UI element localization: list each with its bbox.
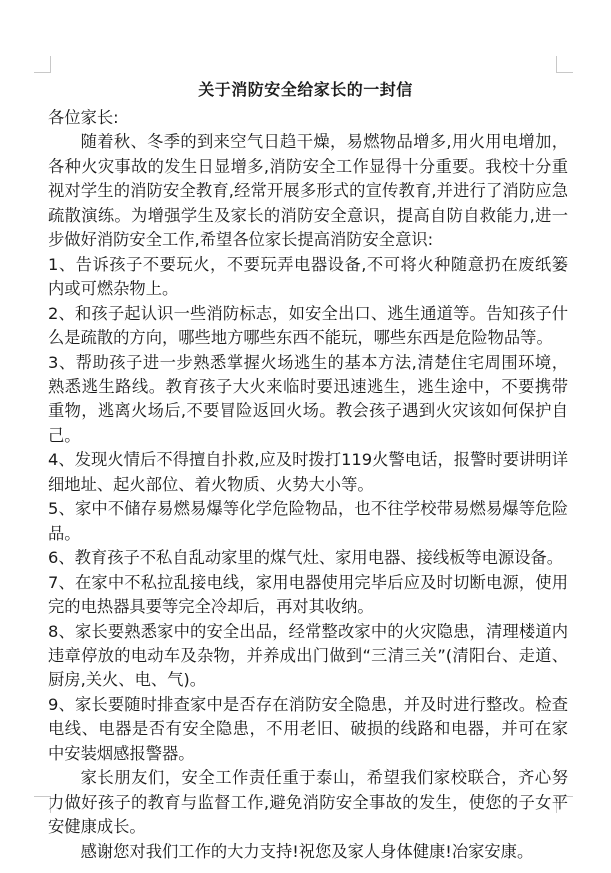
margin-corner-mark-top-left [34, 56, 51, 73]
list-item-9: 9、家长要随时排查家中是否存在消防安全隐患，并及时进行整改。检查电线、电器是否有… [48, 693, 568, 766]
document-title: 关于消防安全给家长的一封信 [0, 77, 611, 100]
intro-paragraph: 随着秋、冬季的到来空气日趋干燥，易燃物品增多,用火用电增加，各种火灾事故的发生日… [48, 130, 568, 252]
list-item-2: 2、和孩子起认识一些消防标志，如安全出口、逃生通道等。告知孩子什么是疏散的方向，… [48, 302, 568, 351]
list-item-5: 5、家中不储存易燃易爆等化学危险物品，也不往学校带易燃易爆等危险品。 [48, 497, 568, 546]
list-item-1: 1、告诉孩子不要玩火，不要玩弄电器设备,不可将火种随意扔在废纸篓内或可燃杂物上。 [48, 253, 568, 302]
list-item-4: 4、发现火情后不得擅自扑救,应及时拨打119火警电话，报警时要讲明详细地址、起火… [48, 448, 568, 497]
list-item-7: 7、在家中不私拉乱接电线，家用电器使用完毕后应及时切断电源，使用完的电热器具要等… [48, 571, 568, 620]
document-body: 各位家长: 随着秋、冬季的到来空气日趋干燥，易燃物品增多,用火用电增加，各种火灾… [48, 106, 568, 864]
document-page: 关于消防安全给家长的一封信 各位家长: 随着秋、冬季的到来空气日趋干燥，易燃物品… [0, 0, 611, 873]
thanks-line: 感谢您对我们工作的大力支持!祝您及家人身体健康!冶家安康。 [48, 840, 568, 864]
list-item-6: 6、教育孩子不私自乱动家里的煤气灶、家用电器、接线板等电源设备。 [48, 546, 568, 570]
margin-corner-mark-top-right [556, 56, 573, 73]
closing-paragraph: 家长朋友们，安全工作责任重于泰山，希望我们家校联合，齐心努力做好孩子的教育与监督… [48, 766, 568, 839]
list-item-8: 8、家长要熟悉家中的安全出品，经常整改家中的火灾隐患，清理楼道内违章停放的电动车… [48, 620, 568, 693]
list-item-3: 3、帮助孩子进一步熟悉掌握火场逃生的基本方法,清楚住宅周围环境，熟悉逃生路线。教… [48, 351, 568, 449]
salutation: 各位家长: [48, 106, 568, 130]
